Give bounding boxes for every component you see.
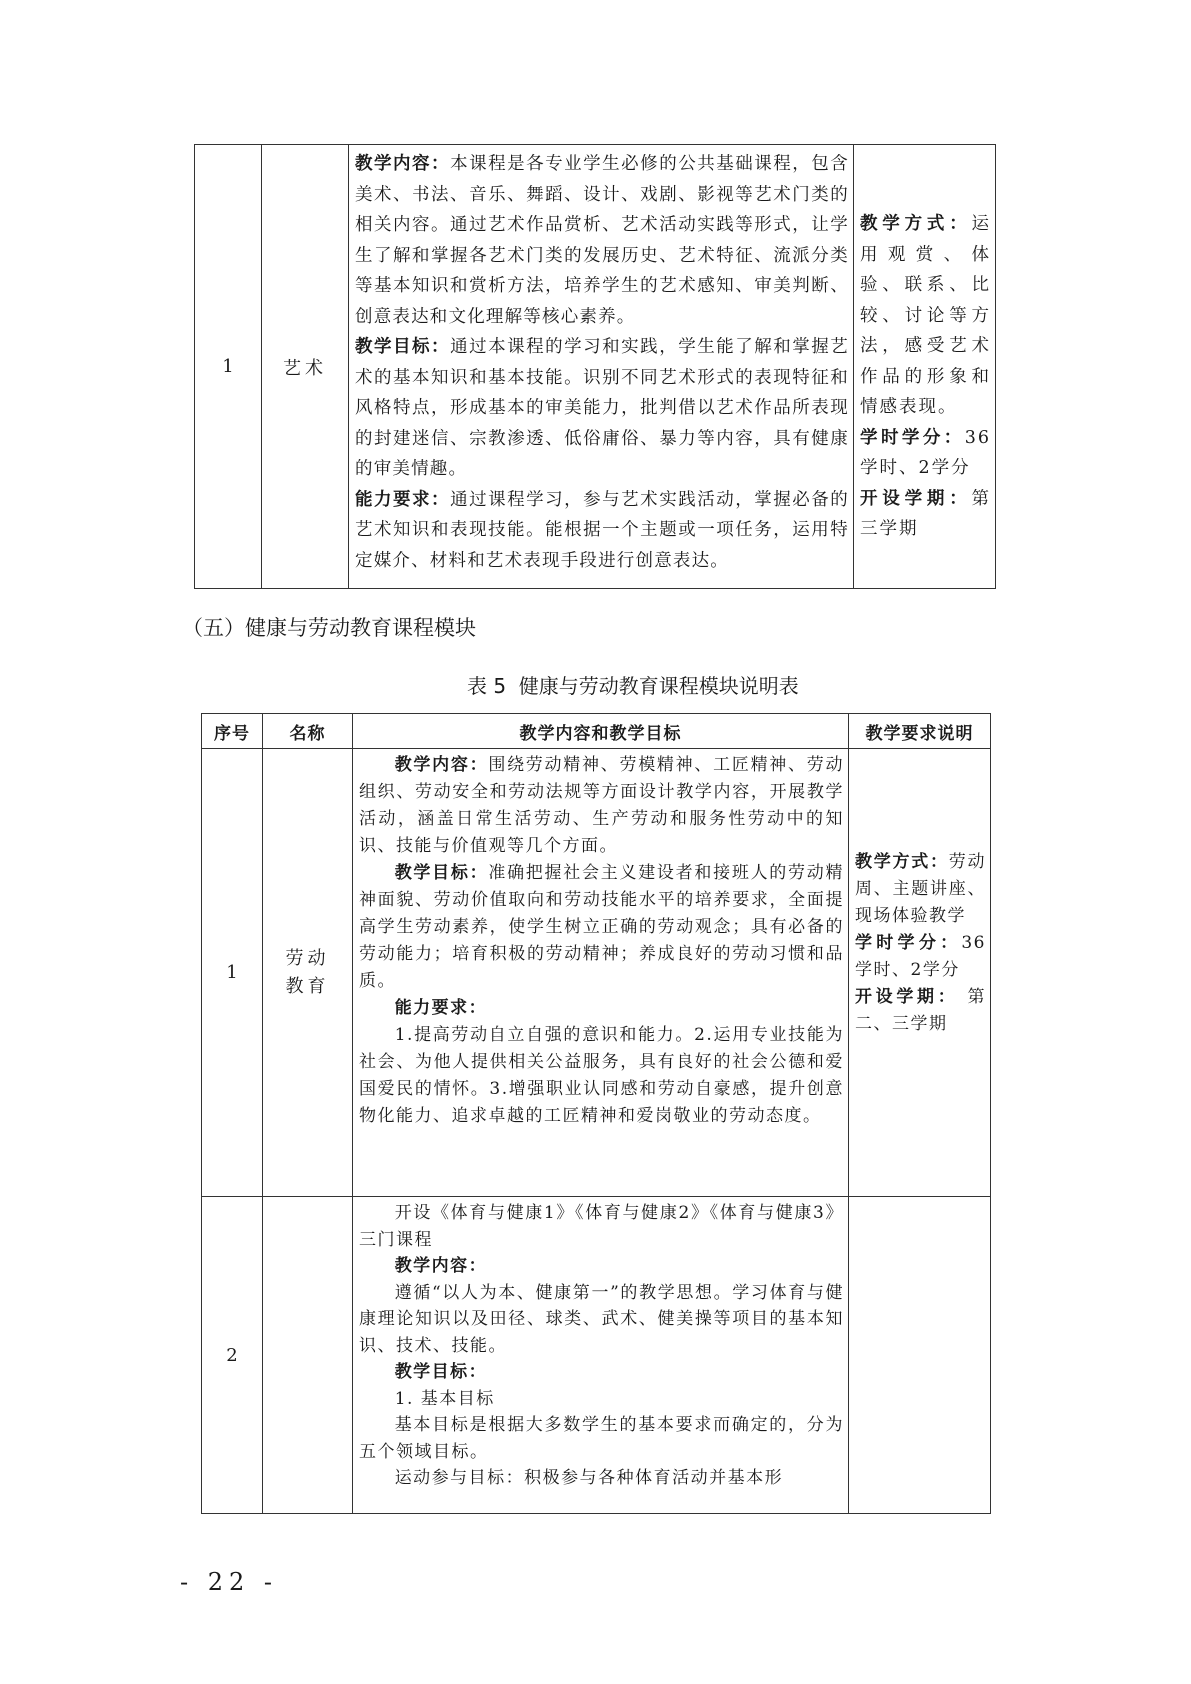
teaching-content-label: 教学内容： xyxy=(395,755,489,775)
course-name: 劳动 教育 xyxy=(263,749,353,1197)
table-row: 1 艺术 教学内容：本课程是各专业学生必修的公共基础课程，包含美术、书法、音乐、… xyxy=(195,145,996,589)
teaching-goal-label: 教学目标： xyxy=(359,1359,844,1386)
semester-label: 开设学期： xyxy=(860,489,972,509)
header-requirements: 教学要求说明 xyxy=(849,714,991,749)
course-content-cell: 教学内容：本课程是各专业学生必修的公共基础课程，包含美术、书法、音乐、舞蹈、设计… xyxy=(349,145,854,589)
table-row: 2 开设《体育与健康1》《体育与健康2》《体育与健康3》三门课程 教学内容： 遵… xyxy=(202,1197,991,1514)
teaching-goal-label: 教学目标： xyxy=(395,863,489,883)
course-name: 艺术 xyxy=(262,145,349,589)
course-name-line2: 教育 xyxy=(263,973,352,1001)
course-requirements-cell xyxy=(849,1197,991,1514)
row-index: 1 xyxy=(202,749,263,1197)
teaching-content-text: 遵循“以人为本、健康第一”的教学思想。学习体育与健康理论知识以及田径、球类、武术… xyxy=(359,1280,844,1360)
row-index: 1 xyxy=(195,145,262,589)
method-label: 教学方式： xyxy=(855,852,949,872)
ability-label: 能力要求： xyxy=(395,998,488,1018)
header-index: 序号 xyxy=(202,714,263,749)
course-name xyxy=(263,1197,353,1514)
course-requirements-cell: 教学方式：运用观赏、体验、联系、比较、讨论等方法，感受艺术作品的形象和情感表现。… xyxy=(854,145,996,589)
teaching-content-label: 教学内容： xyxy=(355,154,450,174)
health-labor-table: 序号 名称 教学内容和教学目标 教学要求说明 1 劳动 教育 教学内容：围绕劳动… xyxy=(201,713,991,1514)
course-name-line1: 劳动 xyxy=(263,945,352,973)
header-content: 教学内容和教学目标 xyxy=(353,714,849,749)
goal-sport-participation: 运动参与目标：积极参与各种体育活动并基本形 xyxy=(359,1465,844,1492)
course-content-cell: 教学内容：围绕劳动精神、劳模精神、工匠精神、劳动组织、劳动安全和劳动法规等方面设… xyxy=(353,749,849,1197)
semester-label: 开设学期： xyxy=(855,987,958,1007)
teaching-goal-text: 通过本课程的学习和实践，学生能了解和掌握艺术的基本知识和基本技能。识别不同艺术形… xyxy=(355,337,849,479)
goal-item: 1. 基本目标 xyxy=(359,1386,844,1413)
method-label: 教学方式： xyxy=(860,214,972,234)
goal-description: 基本目标是根据大多数学生的基本要求而确定的，分为五个领域目标。 xyxy=(359,1412,844,1465)
course-intro: 开设《体育与健康1》《体育与健康2》《体育与健康3》三门课程 xyxy=(359,1200,844,1253)
row-index: 2 xyxy=(202,1197,263,1514)
ability-text: 1.提高劳动自立自强的意识和能力。2.运用专业技能为社会、为他人提供相关公益服务… xyxy=(359,1025,844,1126)
ability-label: 能力要求： xyxy=(355,490,450,510)
hours-label: 学时学分： xyxy=(855,933,961,953)
section-heading: （五）健康与劳动教育课程模块 xyxy=(182,612,476,642)
teaching-content-text: 本课程是各专业学生必修的公共基础课程，包含美术、书法、音乐、舞蹈、设计、戏剧、影… xyxy=(355,154,849,327)
table-title: 表 5 健康与劳动教育课程模块说明表 xyxy=(467,670,799,699)
teaching-content-label: 教学内容： xyxy=(359,1253,844,1280)
header-name: 名称 xyxy=(263,714,353,749)
method-text: 运用观赏、体验、联系、比较、讨论等方法，感受艺术作品的形象和情感表现。 xyxy=(860,214,991,417)
course-requirements-cell: 教学方式：劳动周、主题讲座、现场体验教学 学时学分：36学时、2学分 开设学期：… xyxy=(849,749,991,1197)
teaching-goal-label: 教学目标： xyxy=(355,337,450,357)
course-content-cell: 开设《体育与健康1》《体育与健康2》《体育与健康3》三门课程 教学内容： 遵循“… xyxy=(353,1197,849,1514)
art-course-table: 1 艺术 教学内容：本课程是各专业学生必修的公共基础课程，包含美术、书法、音乐、… xyxy=(194,144,996,589)
hours-label: 学时学分： xyxy=(860,428,965,448)
page-number: - 22 - xyxy=(180,1568,278,1596)
table-header-row: 序号 名称 教学内容和教学目标 教学要求说明 xyxy=(202,714,991,749)
table-row: 1 劳动 教育 教学内容：围绕劳动精神、劳模精神、工匠精神、劳动组织、劳动安全和… xyxy=(202,749,991,1197)
